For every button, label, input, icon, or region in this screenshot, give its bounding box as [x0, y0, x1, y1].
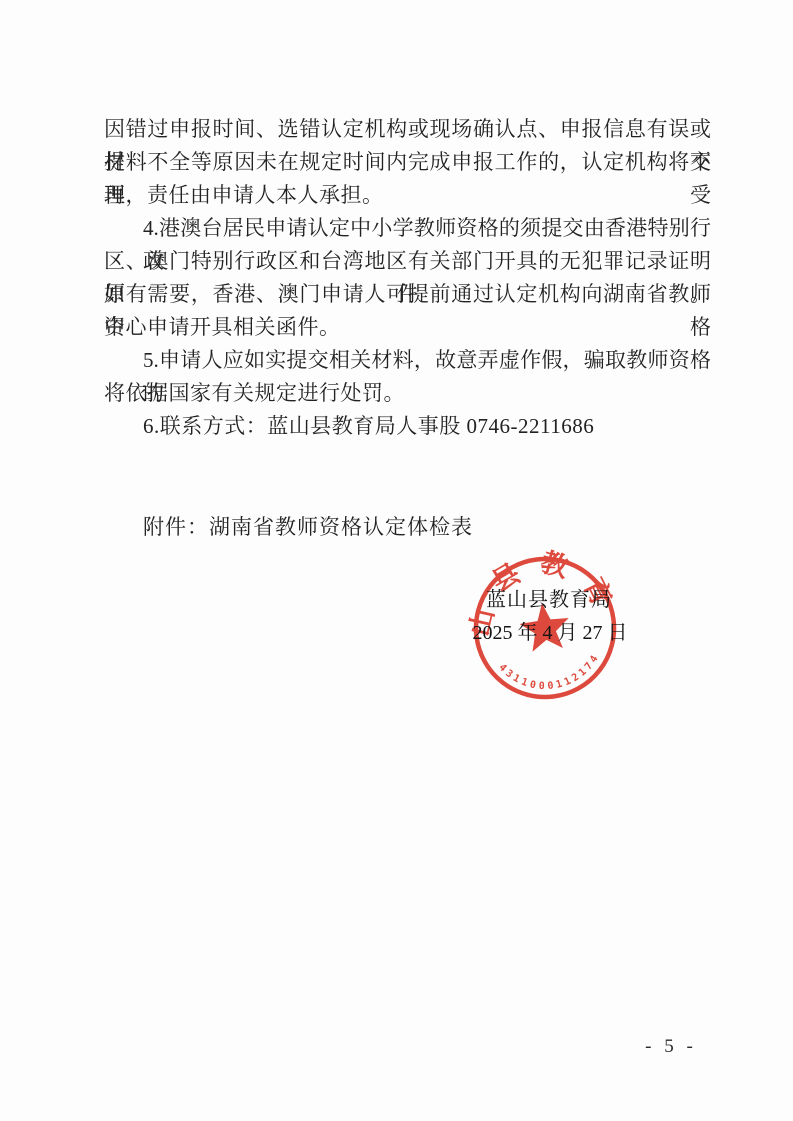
signature-agency: 蓝山县教育局: [454, 588, 644, 612]
body-line: 5.申请人应如实提交相关材料，故意弄虚作假，骗取教师资格的: [104, 344, 711, 377]
document-page: 因错过申报时间、选错认定机构或现场确认点、申报信息有误或提交 材料不全等原因未在…: [0, 0, 793, 1121]
body-line: 材料不全等原因未在规定时间内完成申报工作的，认定机构将不再受: [104, 146, 711, 179]
body-line: 区、澳门特别行政区和台湾地区有关部门开具的无犯罪记录证明原件。: [104, 245, 711, 278]
body-text: 因错过申报时间、选错认定机构或现场确认点、申报信息有误或提交 材料不全等原因未在…: [104, 113, 711, 443]
body-line: 6.联系方式：蓝山县教育局人事股 0746-2211686: [104, 410, 711, 443]
body-line: 如有需要，香港、澳门申请人可提前通过认定机构向湖南省教师资格: [104, 278, 711, 311]
body-line: 因错过申报时间、选错认定机构或现场确认点、申报信息有误或提交: [104, 113, 711, 146]
signature-date: 2025 年 4 月 27 日: [455, 620, 645, 646]
body-line: 将依据国家有关规定进行处罚。: [104, 377, 711, 410]
attachment-line: 附件：湖南省教师资格认定体检表: [104, 511, 750, 544]
body-line: 4.港澳台居民申请认定中小学教师资格的须提交由香港特别行政: [104, 212, 711, 245]
page-number: - 5 -: [636, 1036, 706, 1058]
